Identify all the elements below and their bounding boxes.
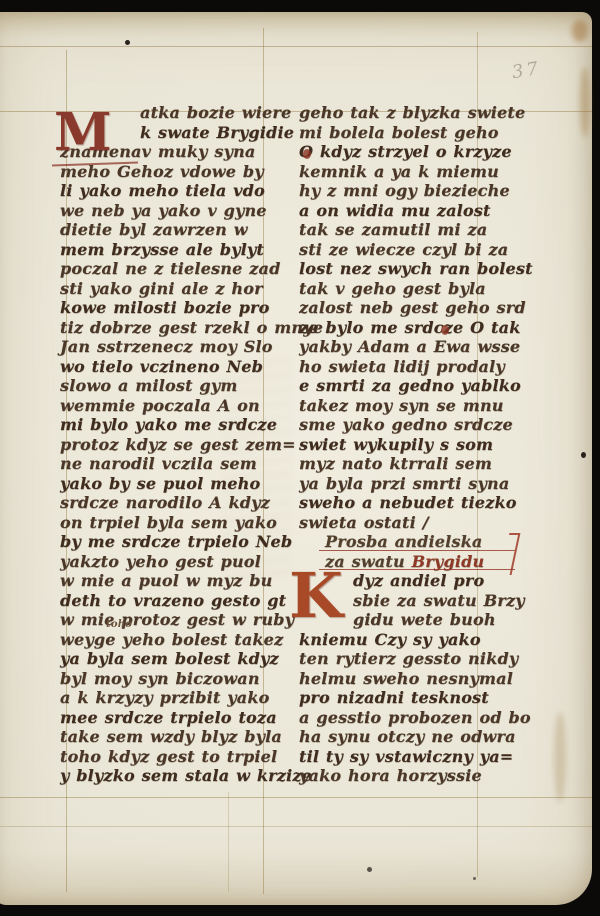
text-line: tak v geho gest byla xyxy=(299,279,529,299)
text-line: sti ze wiecze czyl bi za xyxy=(299,240,529,260)
ink-speck xyxy=(125,40,130,45)
text-line: yakby Adam a Ewa wsse xyxy=(299,337,529,357)
manuscript-page: 37 Matka bozie wierek swate Brygidieznam… xyxy=(0,12,592,905)
text-line: geho tak z blyzka swiete xyxy=(299,103,529,123)
ruling-line-horizontal-textframe-bottom xyxy=(0,797,592,798)
ruling-line-horizontal-bottom xyxy=(0,826,592,827)
folio-number: 37 xyxy=(511,58,543,83)
show-through-ghost-text xyxy=(222,352,292,582)
chapter-rubric-line: Prosba andielska xyxy=(299,532,529,552)
ink-speck xyxy=(367,867,372,872)
text-line: mee srdcze trpielo toza xyxy=(60,708,290,728)
text-line: e smrti za gedno yablko xyxy=(299,376,529,396)
text-line: ya byla sem bolest kdyz xyxy=(60,649,290,669)
text-line: ho swieta lidij prodaly xyxy=(299,357,529,377)
ruling-line-vertical-bottom-stub xyxy=(228,792,229,892)
foxing-stain xyxy=(580,67,590,137)
text-line: kemnik a ya k miemu xyxy=(299,162,529,182)
ink-speck xyxy=(581,452,586,458)
text-line: dietie byl zawrzen w xyxy=(60,220,290,240)
text-line: poczal ne z tielesne zad xyxy=(60,259,290,279)
foxing-stain xyxy=(572,20,588,42)
text-line: lost nez swych ran bolest xyxy=(299,259,529,279)
text-line: zalost neb gest geho srd xyxy=(299,298,529,318)
text-line: O kdyz strzyel o krzyze xyxy=(299,142,529,162)
text-line: sme yako gedno srdcze xyxy=(299,415,529,435)
ink-speck xyxy=(473,877,476,880)
text-line: swieta ostati / xyxy=(299,513,529,533)
text-line: sweho a nebudet tiezko xyxy=(299,493,529,513)
text-line: ha synu otczy ne odwra xyxy=(299,727,529,747)
text-line: y blyzko sem stala w krzize xyxy=(60,766,290,786)
photograph-background: 37 Matka bozie wierek swate Brygidieznam… xyxy=(0,0,600,916)
text-line: yako hora horzyssie xyxy=(299,766,529,786)
text-line: mi bolela bolest geho xyxy=(299,123,529,143)
text-line: a k krzyzy przibit yako xyxy=(60,688,290,708)
text-line: sti yako gini ale z hor xyxy=(60,279,290,299)
interlinear-gloss: toho xyxy=(106,620,132,630)
lombardic-initial-M: M xyxy=(54,107,112,159)
red-pigment-touch xyxy=(441,325,449,335)
text-line: helmu sweho nesnymal xyxy=(299,669,529,689)
text-line: tiz dobrze gest rzekl o mnye xyxy=(60,318,290,338)
text-line: kniemu Czy sy yako xyxy=(299,630,529,650)
text-line: swiet wykupily s som xyxy=(299,435,529,455)
text-line: til ty sy vstawiczny ya= xyxy=(299,747,529,767)
text-line: kowe milosti bozie pro xyxy=(60,298,290,318)
ruling-line-horizontal-top xyxy=(0,46,592,47)
text-line: a on widia mu zalost xyxy=(299,201,529,221)
text-line: takez moy syn se mnu xyxy=(299,396,529,416)
text-line: myz nato ktrrali sem xyxy=(299,454,529,474)
text-column-right: geho tak z blyzka swietemi bolela bolest… xyxy=(299,103,529,786)
text-line: byl moy syn biczowan xyxy=(60,669,290,689)
text-line: toho kdyz gest to trpiel xyxy=(60,747,290,767)
text-line: weyge yeho bolest takez xyxy=(60,630,290,650)
text-line: mem brzysse ale bylyt xyxy=(60,240,290,260)
foxing-stain xyxy=(554,712,566,802)
text-line: ze bylo me srdcze O tak xyxy=(299,318,529,338)
text-line: w mie protoz gest w ruby xyxy=(60,610,290,630)
text-line: deth to vrazeno gesto gt xyxy=(60,591,290,611)
text-line: hy z mni ogy biezieche xyxy=(299,181,529,201)
text-line: take sem wzdy blyz byla xyxy=(60,727,290,747)
rubric-accent-word: Brygidu xyxy=(412,552,485,571)
text-line: pro nizadni tesknost xyxy=(299,688,529,708)
red-pigment-touch xyxy=(303,149,311,159)
lombardic-initial-K: K xyxy=(289,565,343,627)
text-line: a gesstio probozen od bo xyxy=(299,708,529,728)
text-line: ya byla przi smrti syna xyxy=(299,474,529,494)
text-line: ten rytierz gessto nikdy xyxy=(299,649,529,669)
text-line: we neb ya yako v gyne xyxy=(60,201,290,221)
text-line: li yako meho tiela vdo xyxy=(60,181,290,201)
text-line: tak se zamutil mi za xyxy=(299,220,529,240)
